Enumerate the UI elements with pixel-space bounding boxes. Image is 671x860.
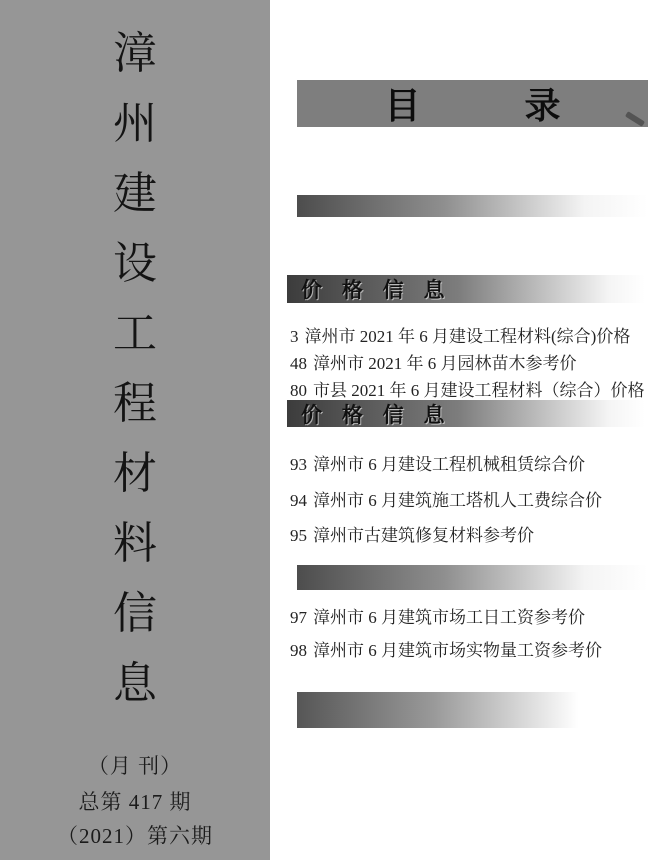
toc-title-char-left: 目 <box>384 78 420 129</box>
toc-entry-page: 94 <box>290 491 307 510</box>
title-char: 工 <box>100 294 170 364</box>
title-char: 信 <box>100 574 170 644</box>
monthly-journal-label: （月 刊） <box>0 750 270 776</box>
toc-entry-title: 市县 2021 年 6 月建设工程材料（综合）价格 <box>313 381 645 400</box>
toc-entry-page: 97 <box>290 608 307 627</box>
title-char: 息 <box>100 644 170 714</box>
toc-entry: 98漳州市 6 月建筑市场实物量工资参考价 <box>290 636 665 658</box>
toc-entry-title: 漳州市 6 月建设工程机械租赁综合价 <box>313 455 585 474</box>
toc-title-bar: 目 录 <box>297 80 648 127</box>
toc-entry-title: 漳州市 6 月建筑市场工日工资参考价 <box>313 608 585 627</box>
toc-entry: 97漳州市 6 月建筑市场工日工资参考价 <box>290 603 665 625</box>
toc-entry-page: 48 <box>290 354 307 373</box>
toc-entry: 3漳州市 2021 年 6 月建设工程材料(综合)价格 <box>290 322 665 344</box>
title-char: 料 <box>100 504 170 574</box>
toc-entry-title: 漳州市 2021 年 6 月建设工程材料(综合)价格 <box>305 327 631 346</box>
toc-entry: 94漳州市 6 月建筑施工塔机人工费综合价 <box>290 486 665 508</box>
issue-total-number: 总第 417 期 <box>0 786 270 812</box>
toc-entry-page: 80 <box>290 381 307 400</box>
section-header-price-info-1: 价 格 信 息 <box>287 275 645 303</box>
issue-year-number: （2021）第六期 <box>0 820 270 846</box>
toc-entry-title: 漳州市 6 月建筑市场实物量工资参考价 <box>313 641 602 660</box>
toc-entry-page: 98 <box>290 641 307 660</box>
toc-entry-page: 3 <box>290 327 299 346</box>
gradient-divider-middle <box>297 565 648 590</box>
toc-entry-title: 漳州市古建筑修复材料参考价 <box>313 526 534 545</box>
toc-entry: 93漳州市 6 月建设工程机械租赁综合价 <box>290 450 665 472</box>
toc-entry: 95漳州市古建筑修复材料参考价 <box>290 521 665 543</box>
title-char: 建 <box>100 154 170 224</box>
toc-entry-page: 95 <box>290 526 307 545</box>
title-char: 州 <box>100 84 170 154</box>
toc-entry-page: 93 <box>290 455 307 474</box>
toc-entry: 48漳州市 2021 年 6 月园林苗木参考价 <box>290 349 665 371</box>
title-char: 漳 <box>100 14 170 84</box>
toc-entry-title: 漳州市 2021 年 6 月园林苗木参考价 <box>313 354 577 373</box>
toc-title-char-right: 录 <box>525 78 561 129</box>
toc-entry-title: 漳州市 6 月建筑施工塔机人工费综合价 <box>313 491 602 510</box>
title-char: 材 <box>100 434 170 504</box>
title-char: 程 <box>100 364 170 434</box>
publication-title-vertical: 漳 州 建 设 工 程 材 料 信 息 <box>0 14 270 714</box>
gradient-divider-top <box>297 195 648 217</box>
toc-entry: 80市县 2021 年 6 月建设工程材料（综合）价格 <box>290 376 665 398</box>
gradient-divider-bottom <box>297 692 603 728</box>
title-char: 设 <box>100 224 170 294</box>
cover-panel: 漳 州 建 设 工 程 材 料 信 息 （月 刊） 总第 417 期 （2021… <box>0 0 270 860</box>
section-header-price-info-2: 价 格 信 息 <box>287 400 645 427</box>
